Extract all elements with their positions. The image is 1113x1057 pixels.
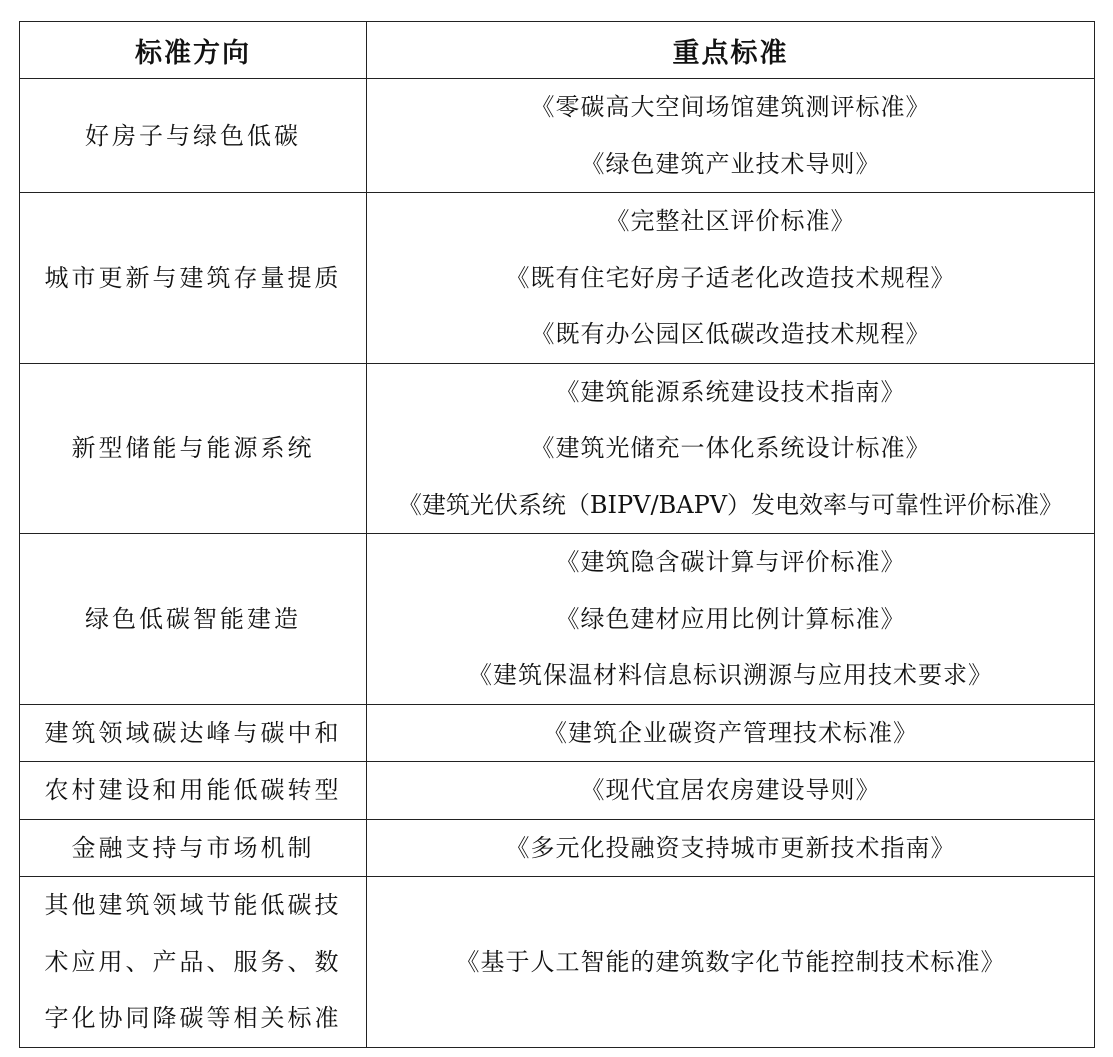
table-row: 建筑领域碳达峰与碳中和 《建筑企业碳资产管理技术标准》 — [20, 704, 1095, 762]
standard-item: 《基于人工智能的建筑数字化节能控制技术标准》 — [367, 934, 1094, 991]
table-row: 好房子与绿色低碳 《零碳高大空间场馆建筑测评标准》 《绿色建筑产业技术导则》 — [20, 79, 1095, 193]
direction-cell: 城市更新与建筑存量提质 — [20, 193, 367, 364]
direction-cell: 农村建设和用能低碳转型 — [20, 762, 367, 820]
table-row: 新型储能与能源系统 《建筑能源系统建设技术指南》 《建筑光储充一体化系统设计标准… — [20, 363, 1095, 534]
standards-cell: 《多元化投融资支持城市更新技术指南》 — [367, 819, 1095, 877]
standard-item: 《完整社区评价标准》 — [367, 193, 1094, 250]
table-row: 农村建设和用能低碳转型 《现代宜居农房建设导则》 — [20, 762, 1095, 820]
standards-cell: 《建筑隐含碳计算与评价标准》 《绿色建材应用比例计算标准》 《建筑保温材料信息标… — [367, 534, 1095, 705]
standards-cell: 《建筑能源系统建设技术指南》 《建筑光储充一体化系统设计标准》 《建筑光伏系统（… — [367, 363, 1095, 534]
standard-item: 《建筑光伏系统（BIPV/BAPV）发电效率与可靠性评价标准》 — [367, 477, 1094, 534]
standards-cell: 《建筑企业碳资产管理技术标准》 — [367, 704, 1095, 762]
standard-item: 《既有住宅好房子适老化改造技术规程》 — [367, 250, 1094, 307]
standards-cell: 《完整社区评价标准》 《既有住宅好房子适老化改造技术规程》 《既有办公园区低碳改… — [367, 193, 1095, 364]
standard-item: 《建筑隐含碳计算与评价标准》 — [367, 534, 1094, 591]
direction-cell: 建筑领域碳达峰与碳中和 — [20, 704, 367, 762]
table-row: 绿色低碳智能建造 《建筑隐含碳计算与评价标准》 《绿色建材应用比例计算标准》 《… — [20, 534, 1095, 705]
direction-cell: 绿色低碳智能建造 — [20, 534, 367, 705]
standards-table: 标准方向 重点标准 好房子与绿色低碳 《零碳高大空间场馆建筑测评标准》 《绿色建… — [19, 21, 1095, 1048]
direction-cell: 新型储能与能源系统 — [20, 363, 367, 534]
table-row: 金融支持与市场机制 《多元化投融资支持城市更新技术指南》 — [20, 819, 1095, 877]
standards-cell: 《基于人工智能的建筑数字化节能控制技术标准》 — [367, 877, 1095, 1048]
standards-cell: 《现代宜居农房建设导则》 — [367, 762, 1095, 820]
standard-item: 《建筑保温材料信息标识溯源与应用技术要求》 — [367, 647, 1094, 704]
standard-item: 《建筑光储充一体化系统设计标准》 — [367, 420, 1094, 477]
standard-item: 《建筑能源系统建设技术指南》 — [367, 364, 1094, 421]
standard-item: 《绿色建材应用比例计算标准》 — [367, 591, 1094, 648]
direction-cell: 好房子与绿色低碳 — [20, 79, 367, 193]
table-row: 城市更新与建筑存量提质 《完整社区评价标准》 《既有住宅好房子适老化改造技术规程… — [20, 193, 1095, 364]
standard-item: 《现代宜居农房建设导则》 — [367, 762, 1094, 819]
standard-item: 《多元化投融资支持城市更新技术指南》 — [367, 820, 1094, 877]
table-header-row: 标准方向 重点标准 — [20, 22, 1095, 79]
direction-cell: 金融支持与市场机制 — [20, 819, 367, 877]
standard-item: 《建筑企业碳资产管理技术标准》 — [367, 705, 1094, 762]
standard-item: 《既有办公园区低碳改造技术规程》 — [367, 306, 1094, 363]
table-row: 其他建筑领域节能低碳技术应用、产品、服务、数字化协同降碳等相关标准 《基于人工智… — [20, 877, 1095, 1048]
direction-cell: 其他建筑领域节能低碳技术应用、产品、服务、数字化协同降碳等相关标准 — [20, 877, 367, 1048]
standard-item: 《零碳高大空间场馆建筑测评标准》 — [367, 79, 1094, 136]
standards-cell: 《零碳高大空间场馆建筑测评标准》 《绿色建筑产业技术导则》 — [367, 79, 1095, 193]
header-standards: 重点标准 — [367, 22, 1095, 79]
header-direction: 标准方向 — [20, 22, 367, 79]
standard-item: 《绿色建筑产业技术导则》 — [367, 136, 1094, 193]
